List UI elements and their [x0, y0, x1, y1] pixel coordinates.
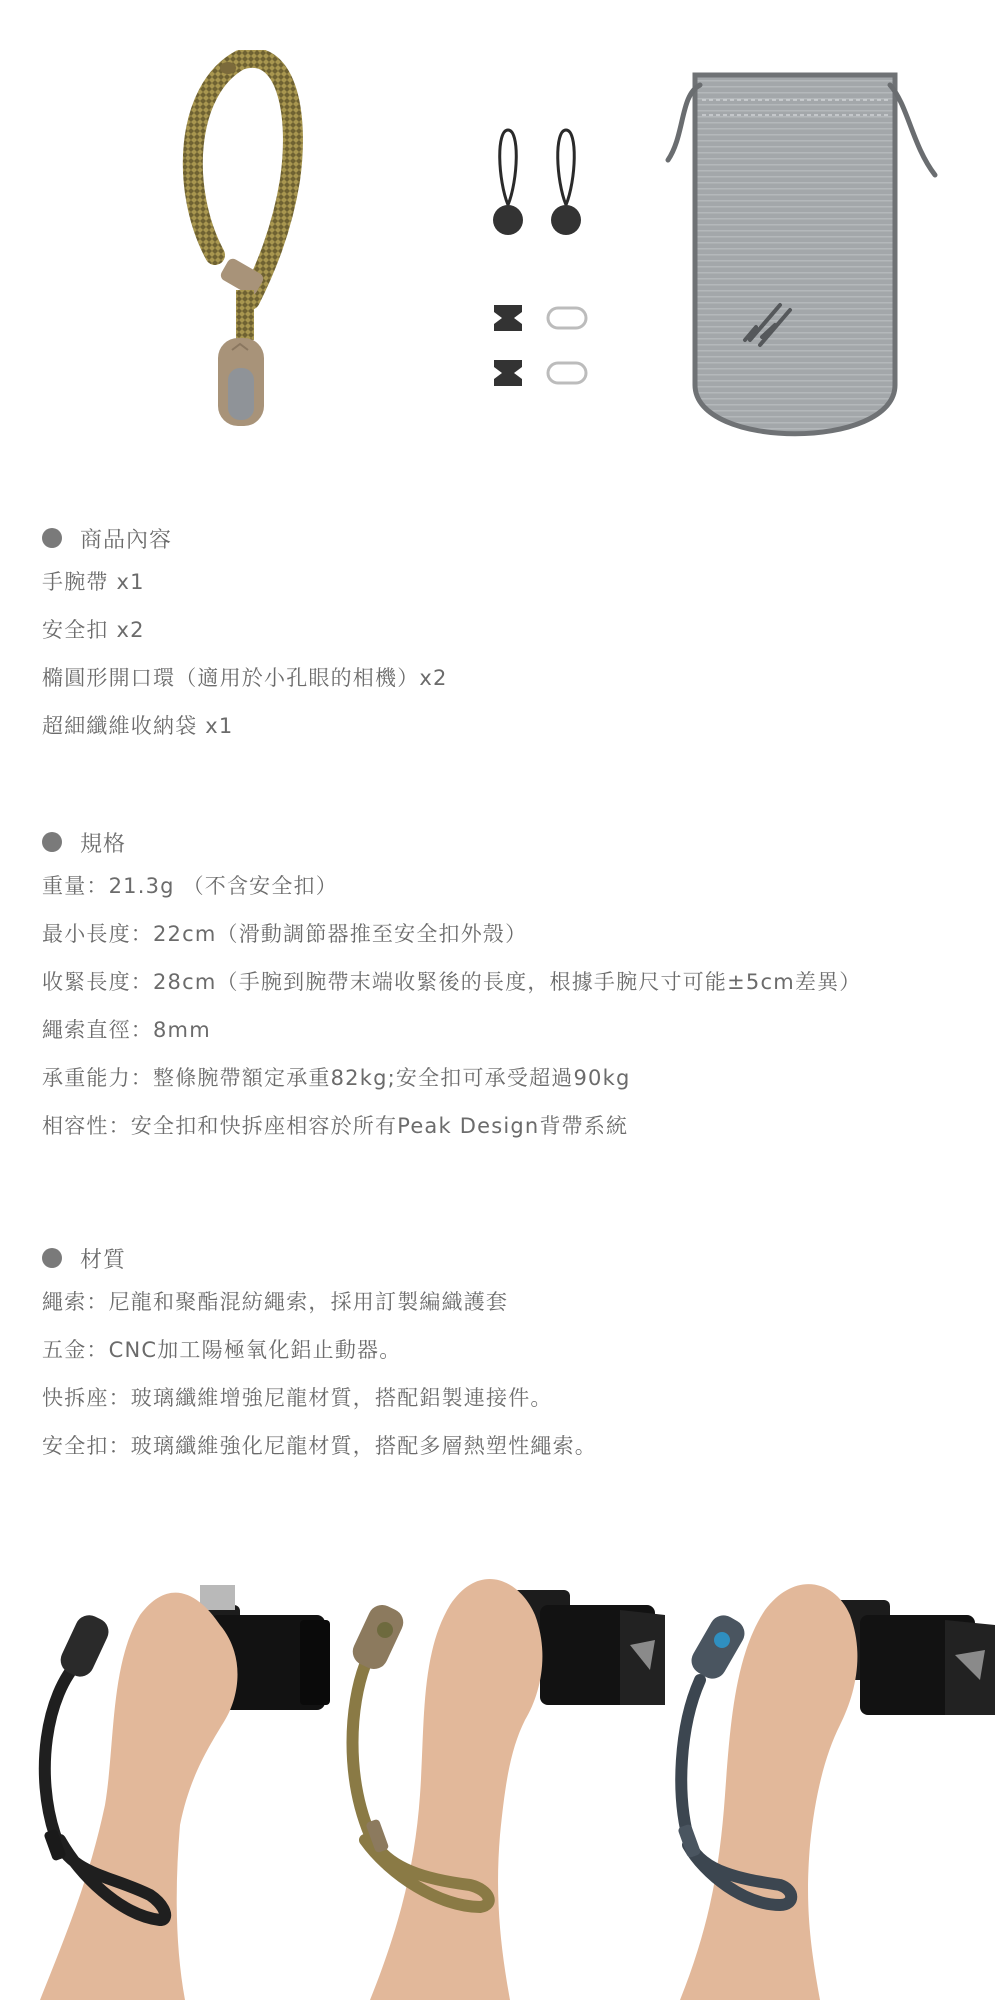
list-item: 手腕帶 x1 [42, 558, 448, 606]
section-heading: 材質 [42, 1238, 597, 1278]
photo-coyote-strap [330, 1545, 670, 2000]
section-title: 商品內容 [80, 523, 172, 554]
section-title: 材質 [80, 1243, 126, 1274]
material-hardware: 五金：CNC加工陽極氧化鋁止動器。 [42, 1326, 597, 1374]
photo-midnight-strap [660, 1545, 1000, 2000]
product-contents-images [0, 0, 1000, 480]
section-materials: 材質 繩索：尼龍和聚酯混紡繩索，採用訂製編織護套 五金：CNC加工陽極氧化鋁止動… [42, 1238, 597, 1470]
section-heading: 規格 [42, 822, 861, 862]
photo-black-strap [0, 1545, 340, 2000]
spec-load-capacity: 承重能力：整條腕帶額定承重82kg;安全扣可承受超過90kg [42, 1054, 861, 1102]
list-item: 橢圓形開口環（適用於小孔眼的相機）x2 [42, 654, 448, 702]
bullet-icon [42, 1248, 62, 1268]
bullet-icon [42, 528, 62, 548]
list-item: 安全扣 x2 [42, 606, 448, 654]
spec-min-length: 最小長度：22cm（滑動調節器推至安全扣外殼） [42, 910, 861, 958]
spec-compatibility: 相容性：安全扣和快拆座相容於所有Peak Design背帶系統 [42, 1102, 861, 1150]
material-anchor: 安全扣：玻璃纖維強化尼龍材質，搭配多層熱塑性繩索。 [42, 1422, 597, 1470]
lifestyle-photos [0, 1545, 1000, 2000]
material-cord: 繩索：尼龍和聚酯混紡繩索，採用訂製編織護套 [42, 1278, 597, 1326]
anchor-links-image [480, 120, 600, 400]
section-title: 規格 [80, 827, 126, 858]
material-anchor-mount: 快拆座：玻璃纖維增強尼龍材質，搭配鋁製連接件。 [42, 1374, 597, 1422]
section-package-contents: 商品內容 手腕帶 x1 安全扣 x2 橢圓形開口環（適用於小孔眼的相機）x2 超… [42, 518, 448, 750]
spec-cinched-length: 收緊長度：28cm（手腕到腕帶末端收緊後的長度，根據手腕尺寸可能±5cm差異） [42, 958, 861, 1006]
list-item: 超細纖維收納袋 x1 [42, 702, 448, 750]
wrist-strap-image [170, 50, 310, 430]
section-heading: 商品內容 [42, 518, 448, 558]
bullet-icon [42, 832, 62, 852]
microfiber-pouch-image [650, 65, 940, 465]
spec-cord-diameter: 繩索直徑：8mm [42, 1006, 861, 1054]
spec-weight: 重量：21.3g （不含安全扣） [42, 862, 861, 910]
section-specifications: 規格 重量：21.3g （不含安全扣） 最小長度：22cm（滑動調節器推至安全扣… [42, 822, 861, 1150]
